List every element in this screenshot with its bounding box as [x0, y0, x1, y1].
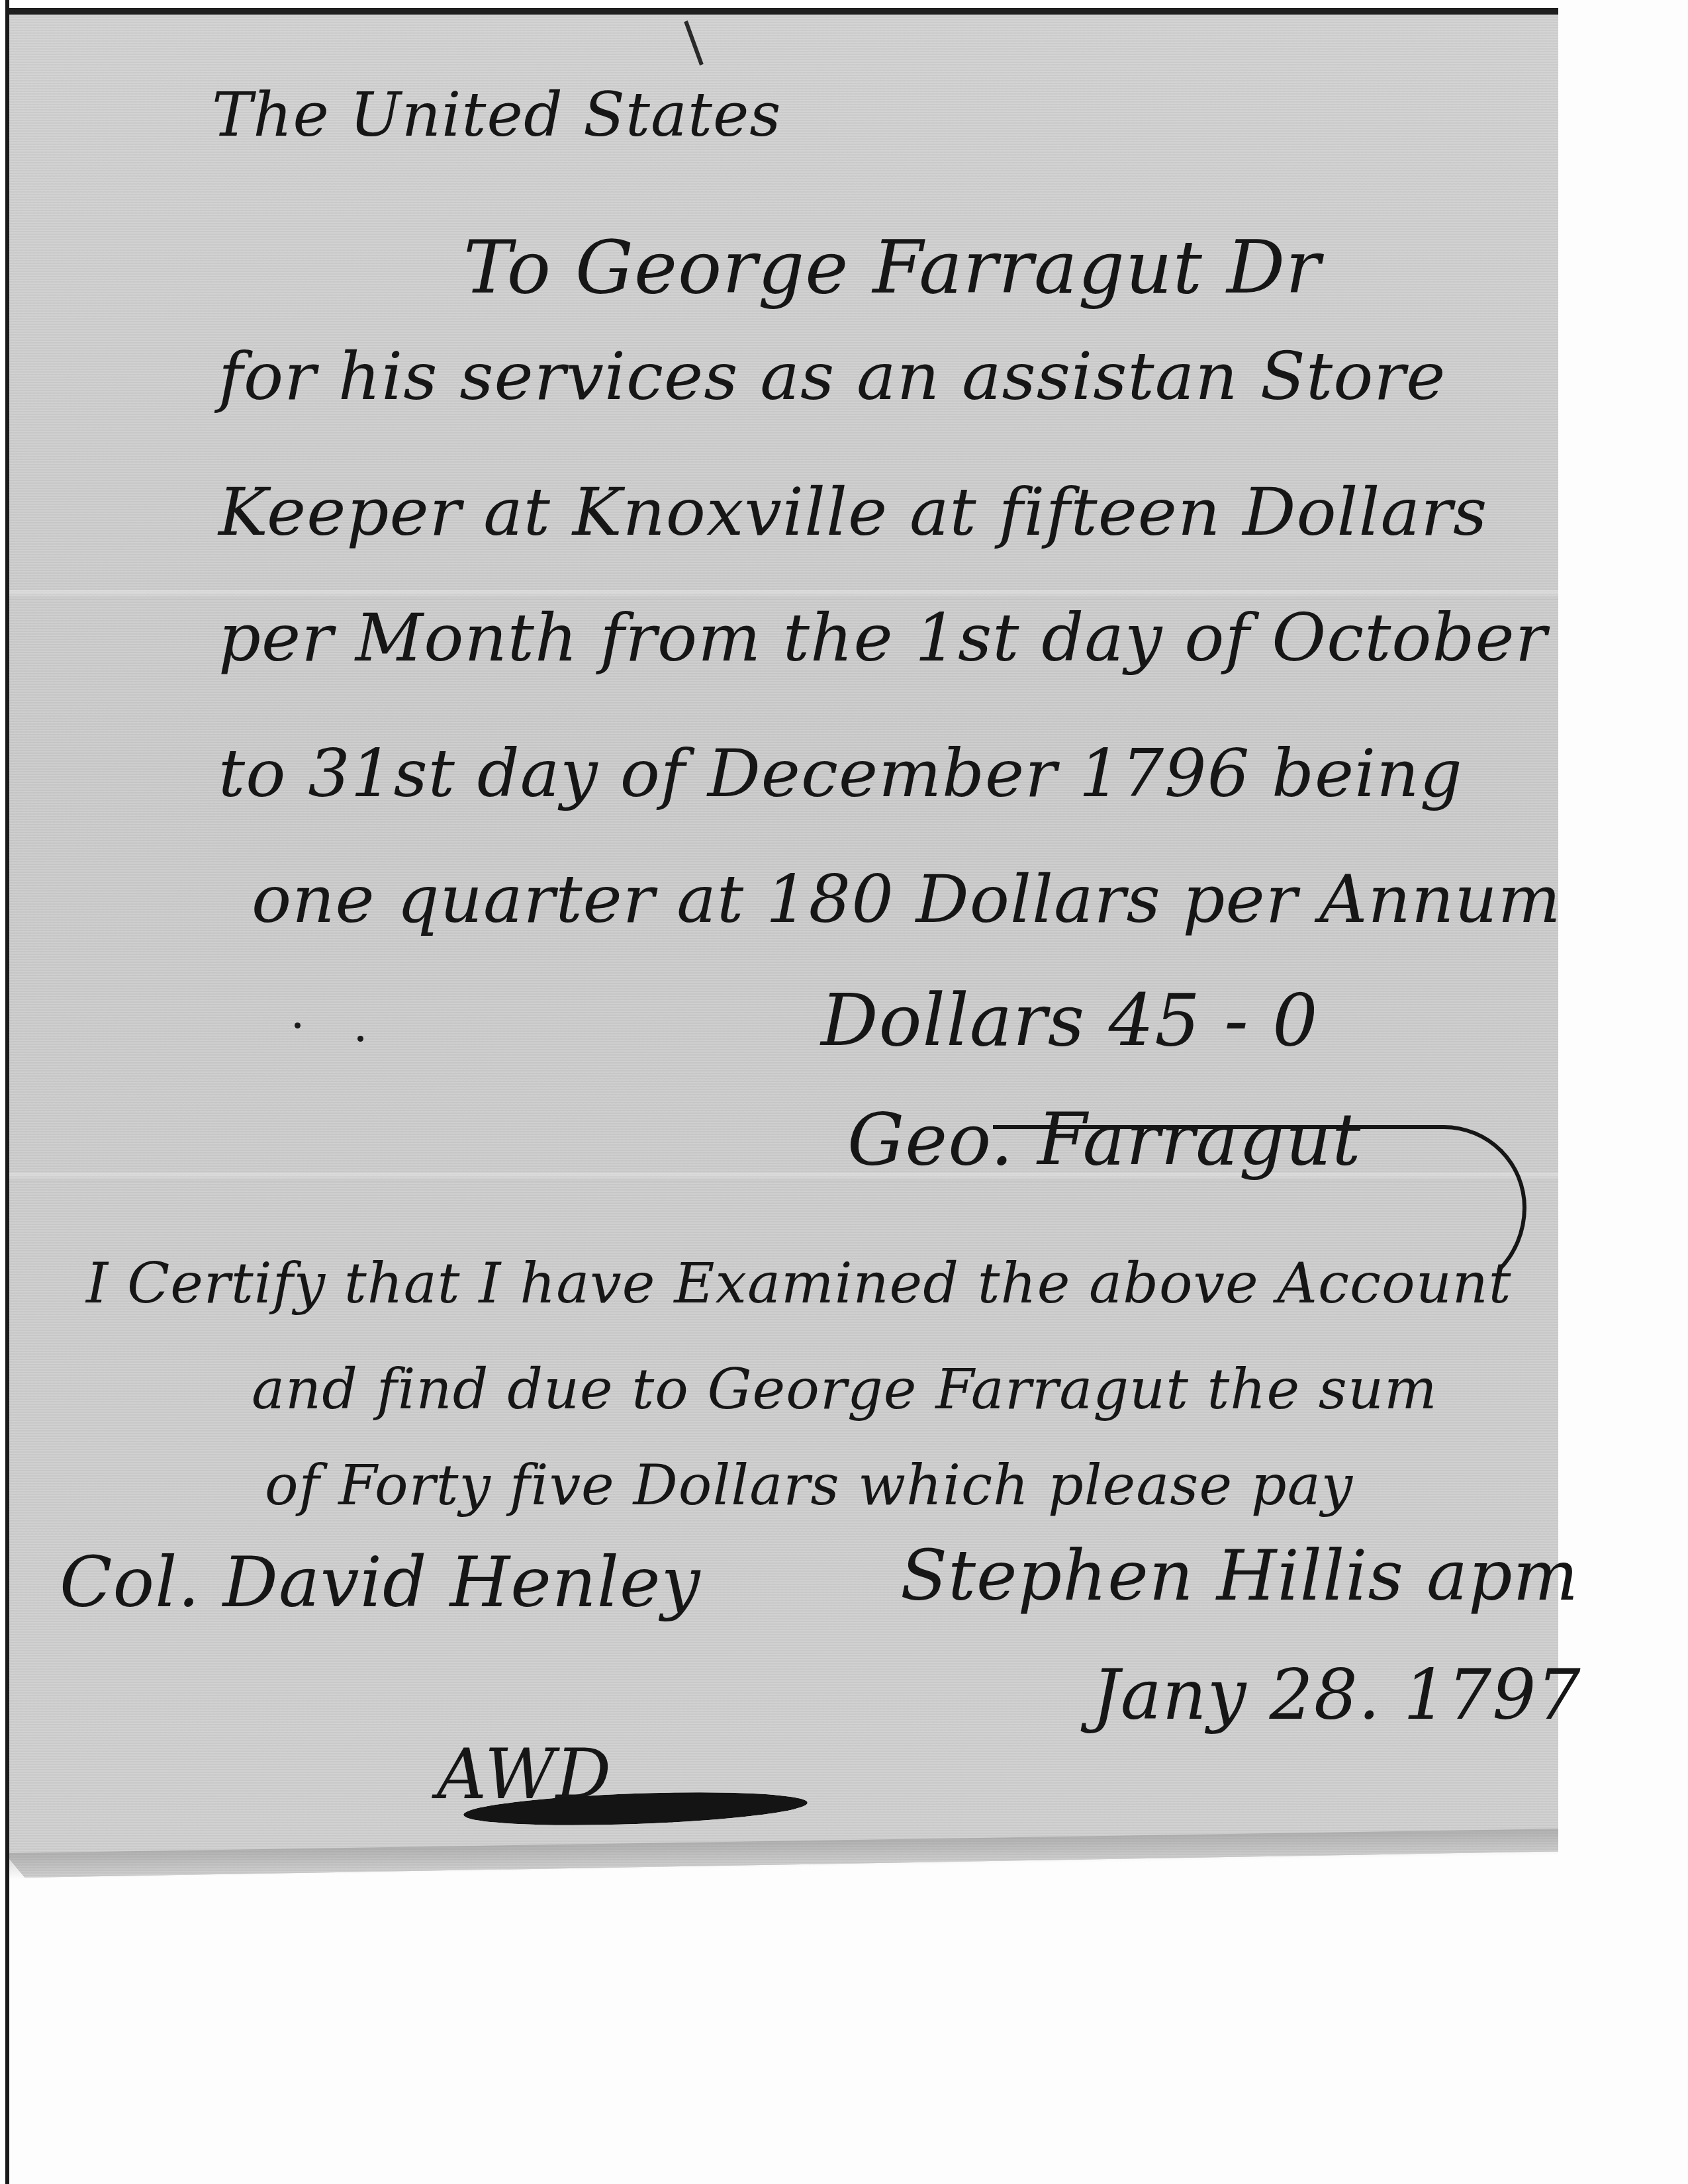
- certification-line: of Forty five Dollars which please pay: [265, 1453, 1353, 1518]
- amount-total: Dollars 45 - 0: [821, 979, 1319, 1062]
- document-heading: The United States: [212, 79, 782, 150]
- fold-line: [9, 590, 1558, 600]
- document-date: Jany 28. 1797: [1092, 1655, 1581, 1735]
- certification-line: I Certify that I have Examined the above…: [86, 1251, 1512, 1316]
- body-line: Keeper at Knoxville at fifteen Dollars: [218, 473, 1487, 551]
- scan-edge: [0, 0, 9, 2184]
- payee-line: To George Farragut Dr: [463, 225, 1321, 310]
- certifier-signature: Stephen Hillis apm: [900, 1535, 1579, 1616]
- body-line: one quarter at 180 Dollars per Annum: [252, 860, 1562, 938]
- certification-line: and find due to George Farragut the sum: [252, 1357, 1438, 1422]
- body-line: for his services as an assistan Store: [218, 338, 1446, 415]
- addressee-name: Col. David Henley: [60, 1542, 700, 1623]
- ink-dot: [357, 1036, 363, 1042]
- body-line: to 31st day of December 1796 being: [218, 735, 1463, 812]
- ink-dot: [295, 1023, 301, 1028]
- body-line: per Month from the 1st day of October: [218, 599, 1548, 676]
